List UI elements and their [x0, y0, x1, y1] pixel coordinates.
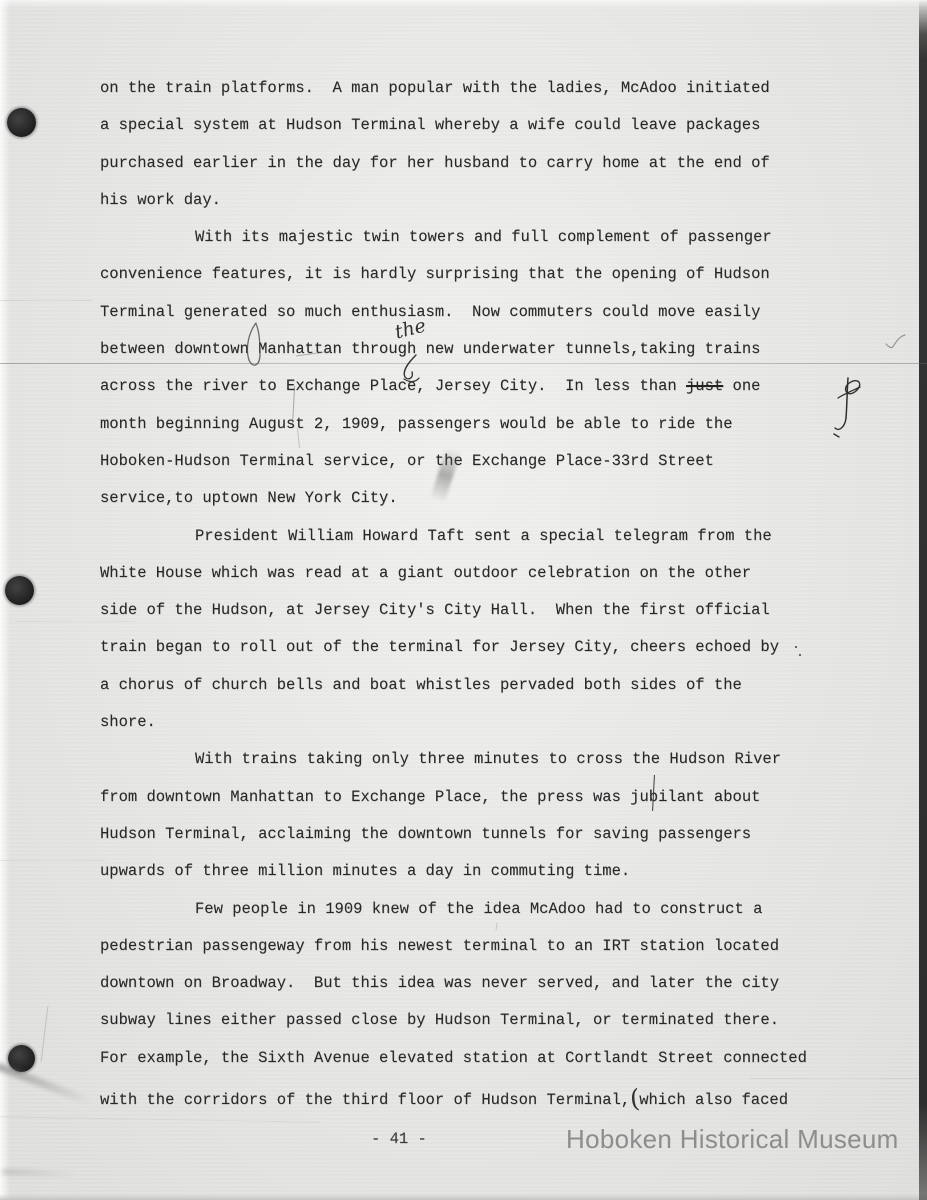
typed-segment: with the corridors of the third floor of… [100, 1091, 630, 1109]
smudge-streak [2, 1169, 77, 1178]
typed-line: a special system at Hudson Terminal wher… [100, 107, 860, 144]
typed-line: convenience features, it is hardly surpr… [100, 256, 860, 293]
insertion-caret-mark [400, 353, 422, 385]
typed-segment: across the river to Exchange Place, Jers… [100, 377, 686, 395]
typed-segment: ilant about [658, 788, 760, 806]
typed-line: White House which was read at a giant ou… [100, 555, 860, 592]
pencil-check-mark [884, 332, 908, 354]
typed-line: a chorus of church bells and boat whistl… [100, 667, 860, 704]
typed-line-paragraph-start: Few people in 1909 knew of the idea McAd… [100, 891, 860, 928]
hole-punch-middle [5, 576, 34, 605]
typed-line: For example, the Sixth Avenue elevated s… [100, 1040, 860, 1077]
pen-corrected-letter: b [649, 788, 658, 806]
typed-line-with-strikethrough: across the river to Exchange Place, Jers… [100, 368, 860, 405]
smudge-streak [0, 1062, 92, 1105]
typed-line: side of the Hudson, at Jersey City's Cit… [100, 592, 860, 629]
typed-line: shore. [100, 704, 860, 741]
scan-edge-right [919, 0, 927, 1200]
typed-line: service,to uptown New York City. [100, 480, 860, 517]
museum-watermark: Hoboken Historical Museum [566, 1124, 899, 1155]
typed-line: pedestrian passengeway from his newest t… [100, 928, 860, 965]
typed-line: Hoboken-Hudson Terminal service, or the … [100, 443, 860, 480]
fold-line-left-lower [0, 860, 105, 861]
typed-line: upwards of three million minutes a day i… [100, 853, 860, 890]
typed-segment: from downtown Manhattan to Exchange Plac… [100, 788, 649, 806]
typed-line-paragraph-start: With trains taking only three minutes to… [100, 741, 860, 778]
typed-line-with-pen-correction: from downtown Manhattan to Exchange Plac… [100, 779, 860, 816]
typed-line: train began to roll out of the terminal … [100, 629, 860, 666]
scan-edge-bottom [0, 1194, 927, 1200]
typed-line: on the train platforms. A man popular wi… [100, 70, 860, 107]
margin-editor-mark [832, 374, 866, 442]
typed-line-paragraph-start: With its majestic twin towers and full c… [100, 219, 860, 256]
page-number: - 41 - [371, 1130, 427, 1148]
typed-line: Terminal generated so much enthusiasm. N… [100, 294, 860, 331]
typed-line: downtown on Broadway. But this idea was … [100, 965, 860, 1002]
strikethrough-word: just [686, 377, 723, 395]
typed-line: his work day. [100, 182, 860, 219]
typed-line-with-handwritten-paren: with the corridors of the third floor of… [100, 1077, 860, 1114]
typed-line-with-insertion: between downtown Manhattan throughthe ne… [100, 331, 860, 368]
typed-segment: one [723, 377, 760, 395]
typed-text-block: on the train platforms. A man popular wi… [100, 70, 860, 1114]
typed-segment: which also faced [639, 1091, 788, 1109]
scan-edge-top [0, 0, 927, 8]
typed-segment: new underwater tunnels,taking trains [416, 340, 760, 358]
typed-line: purchased earlier in the day for her hus… [100, 145, 860, 182]
pencil-balloon-mark [243, 322, 269, 372]
scratch-line [41, 1006, 49, 1062]
typed-line: Hudson Terminal, acclaiming the downtown… [100, 816, 860, 853]
hole-punch-top [7, 108, 36, 137]
handwritten-parenthesis: ( [629, 1080, 641, 1118]
typed-line: month beginning August 2, 1909, passenge… [100, 406, 860, 443]
typed-line-paragraph-start: President William Howard Taft sent a spe… [100, 518, 860, 555]
typed-line: subway lines either passed close by Huds… [100, 1002, 860, 1039]
fold-line-left-upper [0, 300, 92, 301]
scanned-manuscript-page: on the train platforms. A man popular wi… [0, 0, 927, 1200]
fold-line-bottom-left [0, 1116, 320, 1123]
